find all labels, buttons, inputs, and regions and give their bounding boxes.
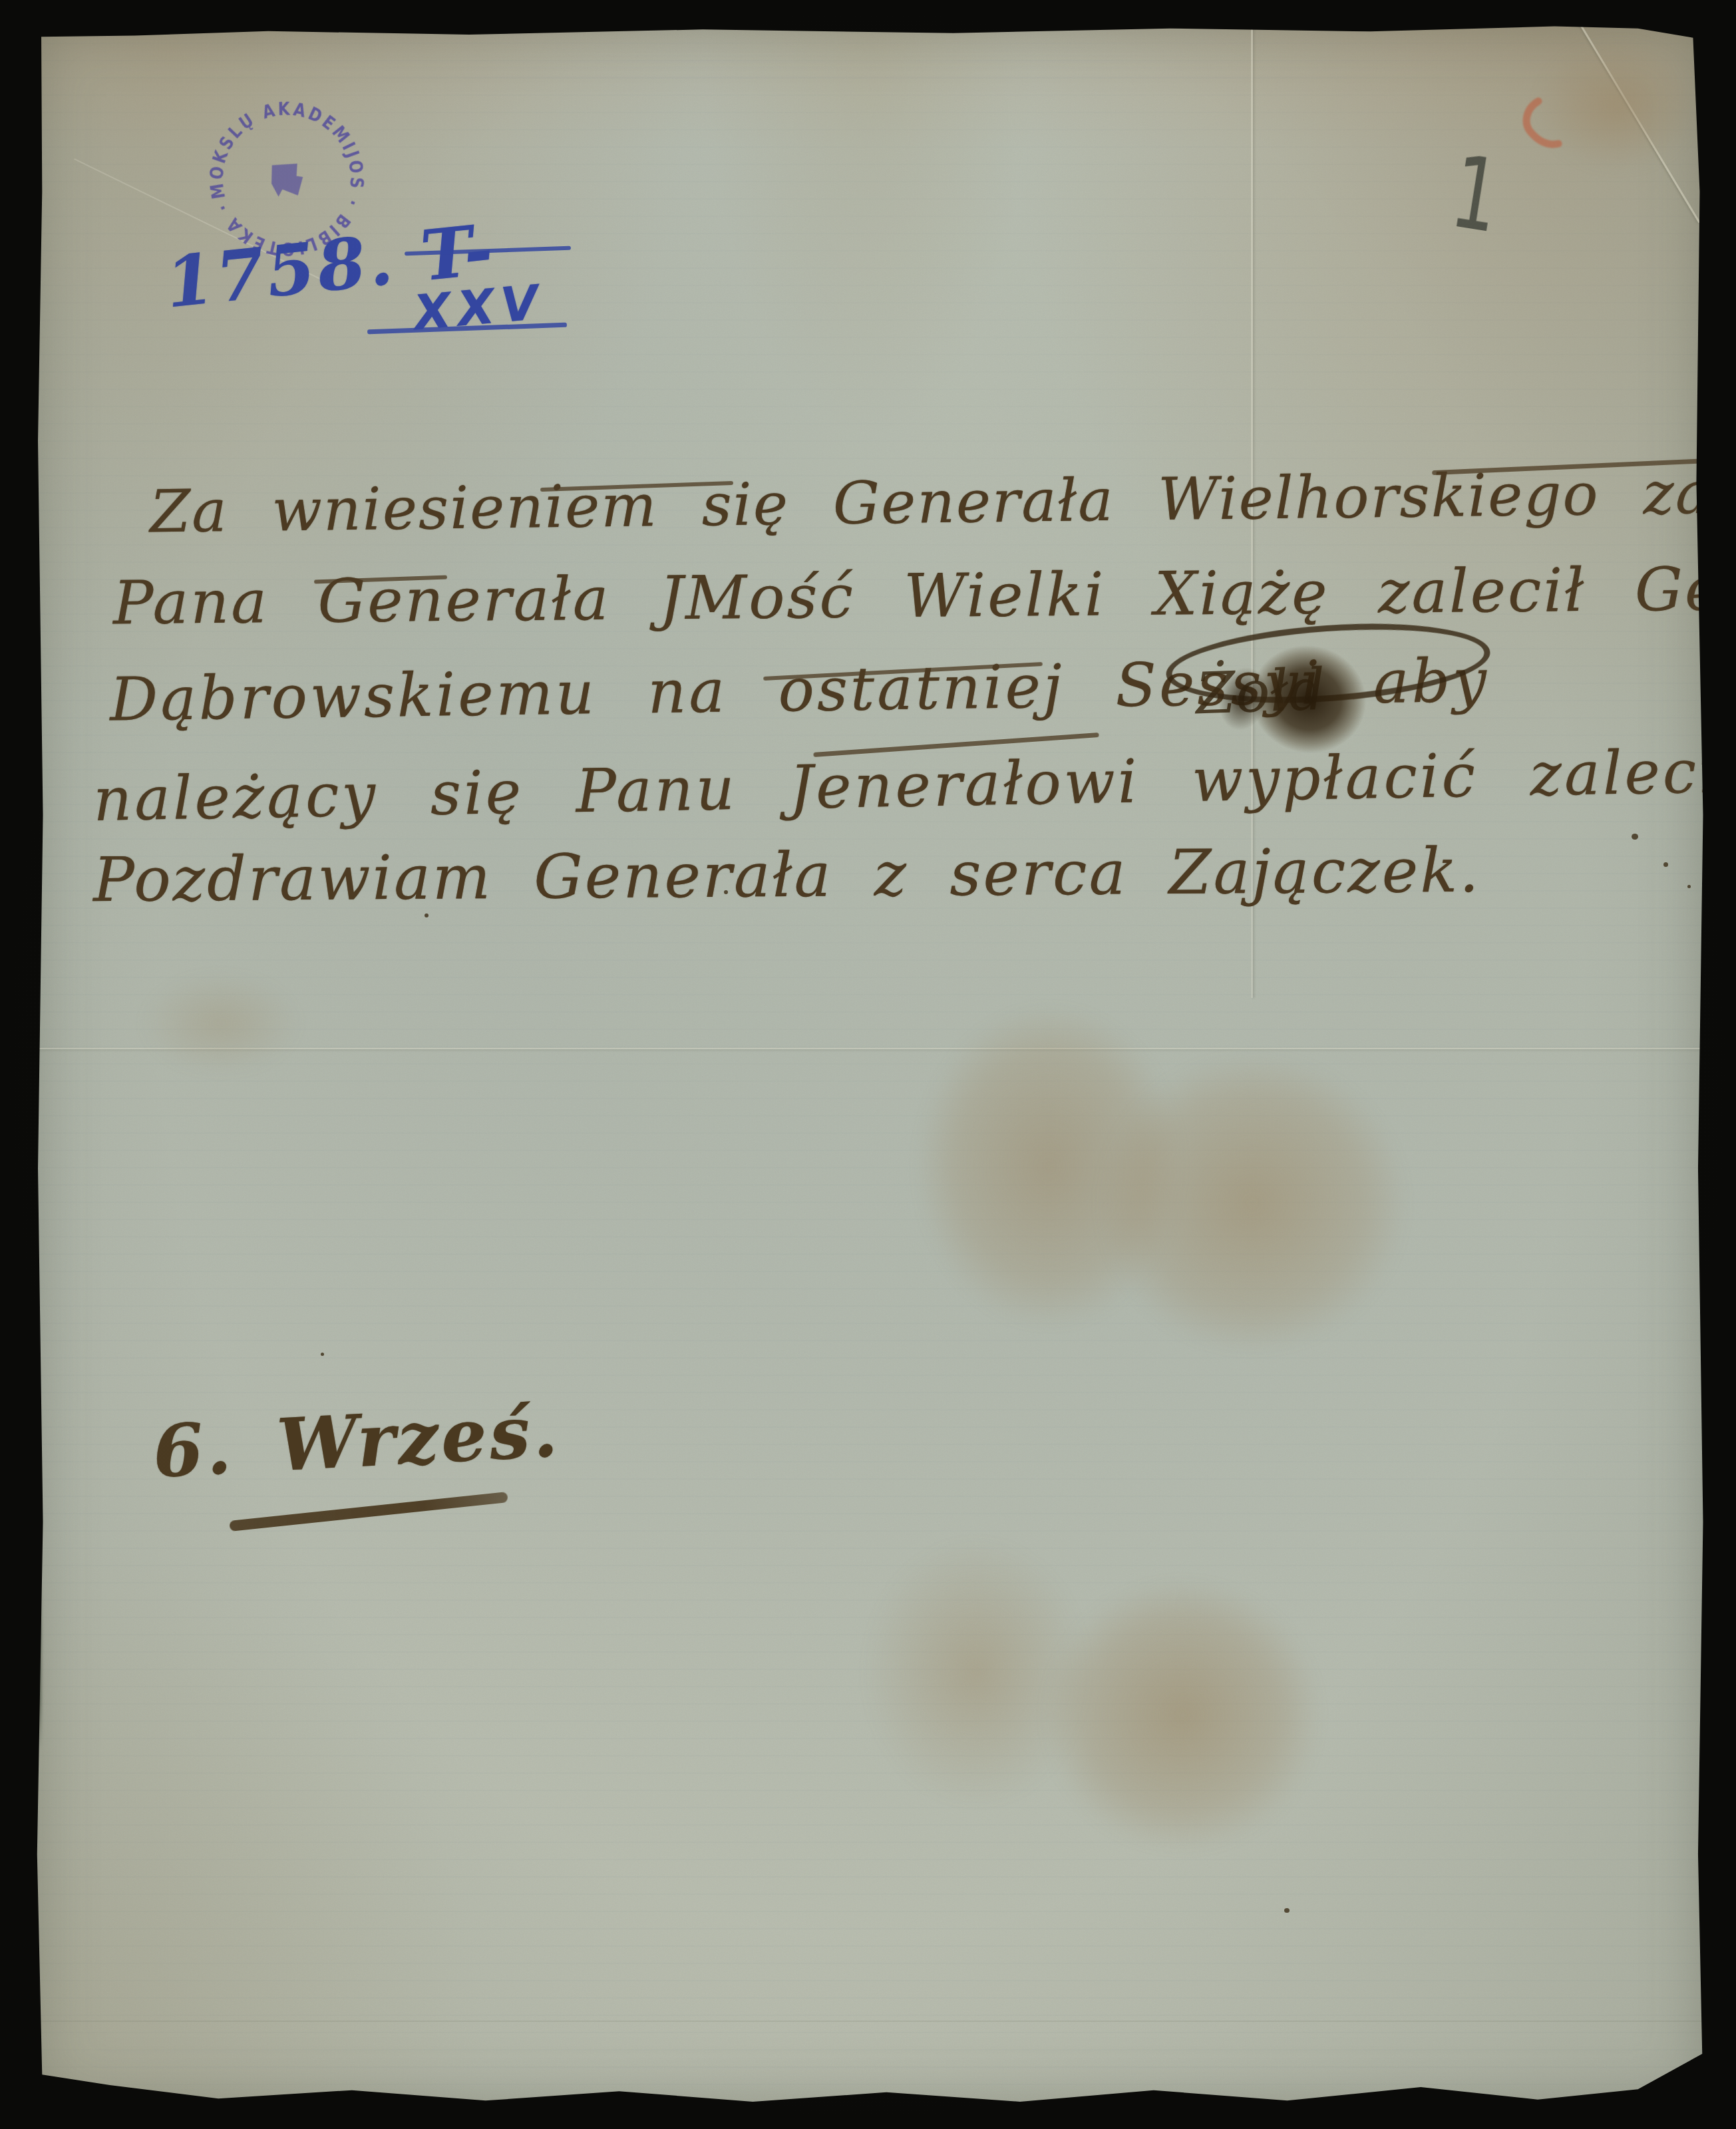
ink-speck	[1284, 1908, 1290, 1913]
letter-line: należący się Panu Jenerałowi wypłacić za…	[92, 736, 1736, 835]
stain	[893, 977, 1206, 1356]
date-note: 6. Wrześ.	[151, 1389, 562, 1494]
scan-background: MOKSLŲ AKADEMIJOS · BIBLIOTEKA · 1758. T…	[0, 0, 1736, 2129]
paper-grain-texture	[35, 25, 1705, 2104]
stain	[1073, 1030, 1432, 1376]
letter-line: Pana Generała JMość Wielki Xiążę zalecił…	[113, 552, 1736, 639]
ink-speck	[1663, 862, 1668, 867]
ink-speck	[425, 913, 429, 917]
date-underline-flourish	[229, 1492, 508, 1532]
horizontal-fold-crease	[35, 1048, 1705, 1049]
letter-line: Pozdrawiam Generała z serca Zajączek.	[93, 835, 1481, 916]
stamp-emblem	[266, 158, 307, 202]
red-crayon-mark	[1510, 97, 1577, 177]
corner-crease	[1578, 21, 1700, 223]
stain	[840, 1509, 1113, 1835]
paper: MOKSLŲ AKADEMIJOS · BIBLIOTEKA · 1758. T…	[35, 25, 1705, 2104]
pencil-page-number: 1	[1444, 134, 1507, 256]
horizontal-fold-crease	[35, 2021, 1705, 2022]
stain	[1019, 1556, 1345, 1875]
ink-speck	[321, 1353, 324, 1356]
stain	[121, 960, 321, 1086]
ink-speck	[1687, 885, 1691, 888]
ink-speck	[724, 890, 728, 894]
paper-edge-tear-shadow	[33, 1583, 41, 1750]
ink-speck	[1632, 834, 1638, 840]
